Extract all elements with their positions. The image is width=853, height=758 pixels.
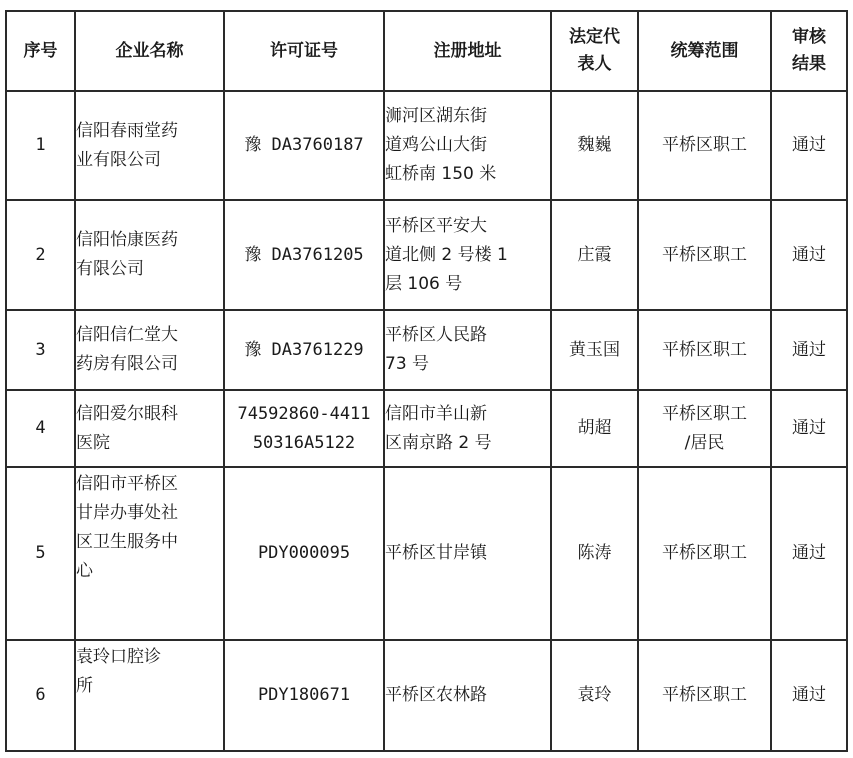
cell-legal-rep: 胡超 <box>551 390 638 467</box>
status-badge: 通过 <box>792 340 826 360</box>
cell-index: 6 <box>6 640 75 751</box>
cell-text: 信阳市羊山新 <box>385 400 550 429</box>
header-label: 许可证号 <box>225 38 383 65</box>
cell-text: 袁玲 <box>552 681 637 710</box>
header-label: 法定代 <box>552 24 637 51</box>
cell-company: 信阳怡康医药有限公司 <box>75 200 224 310</box>
cell-license: 74592860-441150316A5122 <box>224 390 384 467</box>
cell-address: 平桥区平安大道北侧 2 号楼 1层 106 号 <box>384 200 551 310</box>
cell-legal-rep: 黄玉国 <box>551 310 638 390</box>
status-badge: 通过 <box>792 685 826 705</box>
cell-text: 层 106 号 <box>385 270 550 299</box>
cell-text: 医院 <box>76 429 223 458</box>
pharmacy-approval-table: 序号 企业名称 许可证号 注册地址 法定代 表人 统筹范围 <box>5 10 848 752</box>
cell-license: 豫 DA3760187 <box>224 91 384 200</box>
cell-text: 4 <box>35 418 45 438</box>
cell-coverage: 平桥区职工 <box>638 310 771 390</box>
cell-index: 3 <box>6 310 75 390</box>
cell-text: 袁玲口腔诊 <box>76 643 223 672</box>
cell-text: 药房有限公司 <box>76 350 223 379</box>
table-row: 2信阳怡康医药有限公司豫 DA3761205平桥区平安大道北侧 2 号楼 1层 … <box>6 200 847 310</box>
cell-text: 所 <box>76 672 223 701</box>
document-page: 序号 企业名称 许可证号 注册地址 法定代 表人 统筹范围 <box>5 10 848 752</box>
cell-index: 5 <box>6 467 75 640</box>
cell-text: 平桥区职工 <box>639 400 770 429</box>
cell-text: 虹桥南 150 米 <box>385 160 550 189</box>
cell-text: 道鸡公山大街 <box>385 131 550 160</box>
cell-company: 信阳春雨堂药业有限公司 <box>75 91 224 200</box>
header-label: 企业名称 <box>76 38 223 65</box>
cell-legal-rep: 陈涛 <box>551 467 638 640</box>
cell-text: 胡超 <box>552 414 637 443</box>
cell-text: 平桥区甘岸镇 <box>385 539 550 568</box>
header-row: 序号 企业名称 许可证号 注册地址 法定代 表人 统筹范围 <box>6 11 847 91</box>
cell-result: 通过 <box>771 310 847 390</box>
cell-text: 平桥区职工 <box>639 241 770 270</box>
status-badge: 通过 <box>792 245 826 265</box>
header-index: 序号 <box>6 11 75 91</box>
cell-legal-rep: 庄霞 <box>551 200 638 310</box>
table-row: 3信阳信仁堂大药房有限公司豫 DA3761229平桥区人民路73 号黄玉国平桥区… <box>6 310 847 390</box>
cell-legal-rep: 魏巍 <box>551 91 638 200</box>
cell-result: 通过 <box>771 91 847 200</box>
cell-text: 黄玉国 <box>552 336 637 365</box>
cell-text: 平桥区农林路 <box>385 681 550 710</box>
cell-license: PDY000095 <box>224 467 384 640</box>
cell-text: 豫 DA3761229 <box>225 336 383 365</box>
table-header: 序号 企业名称 许可证号 注册地址 法定代 表人 统筹范围 <box>6 11 847 91</box>
cell-result: 通过 <box>771 200 847 310</box>
cell-text: 有限公司 <box>76 255 223 284</box>
cell-text: PDY180671 <box>225 681 383 710</box>
header-license: 许可证号 <box>224 11 384 91</box>
cell-company: 信阳市平桥区甘岸办事处社区卫生服务中心 <box>75 467 224 640</box>
table-body: 1信阳春雨堂药业有限公司豫 DA3760187浉河区湖东街道鸡公山大街虹桥南 1… <box>6 91 847 751</box>
cell-address: 平桥区人民路73 号 <box>384 310 551 390</box>
cell-index: 2 <box>6 200 75 310</box>
cell-text: 信阳春雨堂药 <box>76 117 223 146</box>
cell-text: 平桥区平安大 <box>385 212 550 241</box>
table-row: 1信阳春雨堂药业有限公司豫 DA3760187浉河区湖东街道鸡公山大街虹桥南 1… <box>6 91 847 200</box>
cell-text: /居民 <box>639 429 770 458</box>
status-badge: 通过 <box>792 135 826 155</box>
cell-text: 心 <box>76 557 223 586</box>
cell-coverage: 平桥区职工/居民 <box>638 390 771 467</box>
cell-company: 信阳信仁堂大药房有限公司 <box>75 310 224 390</box>
header-legal-rep: 法定代 表人 <box>551 11 638 91</box>
cell-license: PDY180671 <box>224 640 384 751</box>
cell-address: 平桥区甘岸镇 <box>384 467 551 640</box>
cell-text: 区南京路 2 号 <box>385 429 550 458</box>
header-label: 注册地址 <box>385 38 550 65</box>
cell-text: 庄霞 <box>552 241 637 270</box>
header-coverage: 统筹范围 <box>638 11 771 91</box>
cell-text: 平桥区职工 <box>639 539 770 568</box>
cell-text: 5 <box>35 543 45 563</box>
cell-text: 平桥区人民路 <box>385 321 550 350</box>
header-label: 审核 <box>772 24 846 51</box>
cell-text: 73 号 <box>385 350 550 379</box>
table-row: 6袁玲口腔诊所PDY180671平桥区农林路袁玲平桥区职工通过 <box>6 640 847 751</box>
cell-text: 2 <box>35 245 45 265</box>
table-row: 4信阳爱尔眼科医院74592860-441150316A5122信阳市羊山新区南… <box>6 390 847 467</box>
cell-text: 信阳爱尔眼科 <box>76 400 223 429</box>
cell-text: 平桥区职工 <box>639 131 770 160</box>
cell-address: 平桥区农林路 <box>384 640 551 751</box>
cell-text: 信阳市平桥区 <box>76 470 223 499</box>
cell-result: 通过 <box>771 390 847 467</box>
cell-coverage: 平桥区职工 <box>638 640 771 751</box>
cell-index: 1 <box>6 91 75 200</box>
cell-coverage: 平桥区职工 <box>638 200 771 310</box>
cell-legal-rep: 袁玲 <box>551 640 638 751</box>
cell-text: PDY000095 <box>225 539 383 568</box>
cell-text: 平桥区职工 <box>639 336 770 365</box>
cell-text: 3 <box>35 340 45 360</box>
cell-text: 平桥区职工 <box>639 681 770 710</box>
header-label: 序号 <box>7 38 74 65</box>
cell-text: 豫 DA3761205 <box>225 241 383 270</box>
cell-text: 业有限公司 <box>76 146 223 175</box>
cell-company: 袁玲口腔诊所 <box>75 640 224 751</box>
header-result: 审核 结果 <box>771 11 847 91</box>
status-badge: 通过 <box>792 418 826 438</box>
cell-index: 4 <box>6 390 75 467</box>
cell-text: 6 <box>35 685 45 705</box>
cell-company: 信阳爱尔眼科医院 <box>75 390 224 467</box>
cell-text: 道北侧 2 号楼 1 <box>385 241 550 270</box>
header-label: 统筹范围 <box>639 38 770 65</box>
cell-address: 浉河区湖东街道鸡公山大街虹桥南 150 米 <box>384 91 551 200</box>
header-label: 表人 <box>552 51 637 78</box>
cell-text: 信阳怡康医药 <box>76 226 223 255</box>
cell-license: 豫 DA3761205 <box>224 200 384 310</box>
cell-text: 豫 DA3760187 <box>225 131 383 160</box>
cell-text: 区卫生服务中 <box>76 528 223 557</box>
cell-text: 魏巍 <box>552 131 637 160</box>
cell-text: 信阳信仁堂大 <box>76 321 223 350</box>
cell-address: 信阳市羊山新区南京路 2 号 <box>384 390 551 467</box>
status-badge: 通过 <box>792 543 826 563</box>
cell-result: 通过 <box>771 467 847 640</box>
cell-text: 1 <box>35 135 45 155</box>
header-company: 企业名称 <box>75 11 224 91</box>
cell-coverage: 平桥区职工 <box>638 467 771 640</box>
header-address: 注册地址 <box>384 11 551 91</box>
cell-text: 浉河区湖东街 <box>385 102 550 131</box>
header-label: 结果 <box>772 51 846 78</box>
cell-result: 通过 <box>771 640 847 751</box>
cell-license: 豫 DA3761229 <box>224 310 384 390</box>
cell-text: 甘岸办事处社 <box>76 499 223 528</box>
cell-text: 50316A5122 <box>225 429 383 458</box>
table-row: 5信阳市平桥区甘岸办事处社区卫生服务中心PDY000095平桥区甘岸镇陈涛平桥区… <box>6 467 847 640</box>
cell-coverage: 平桥区职工 <box>638 91 771 200</box>
cell-text: 74592860-4411 <box>225 400 383 429</box>
cell-text: 陈涛 <box>552 539 637 568</box>
